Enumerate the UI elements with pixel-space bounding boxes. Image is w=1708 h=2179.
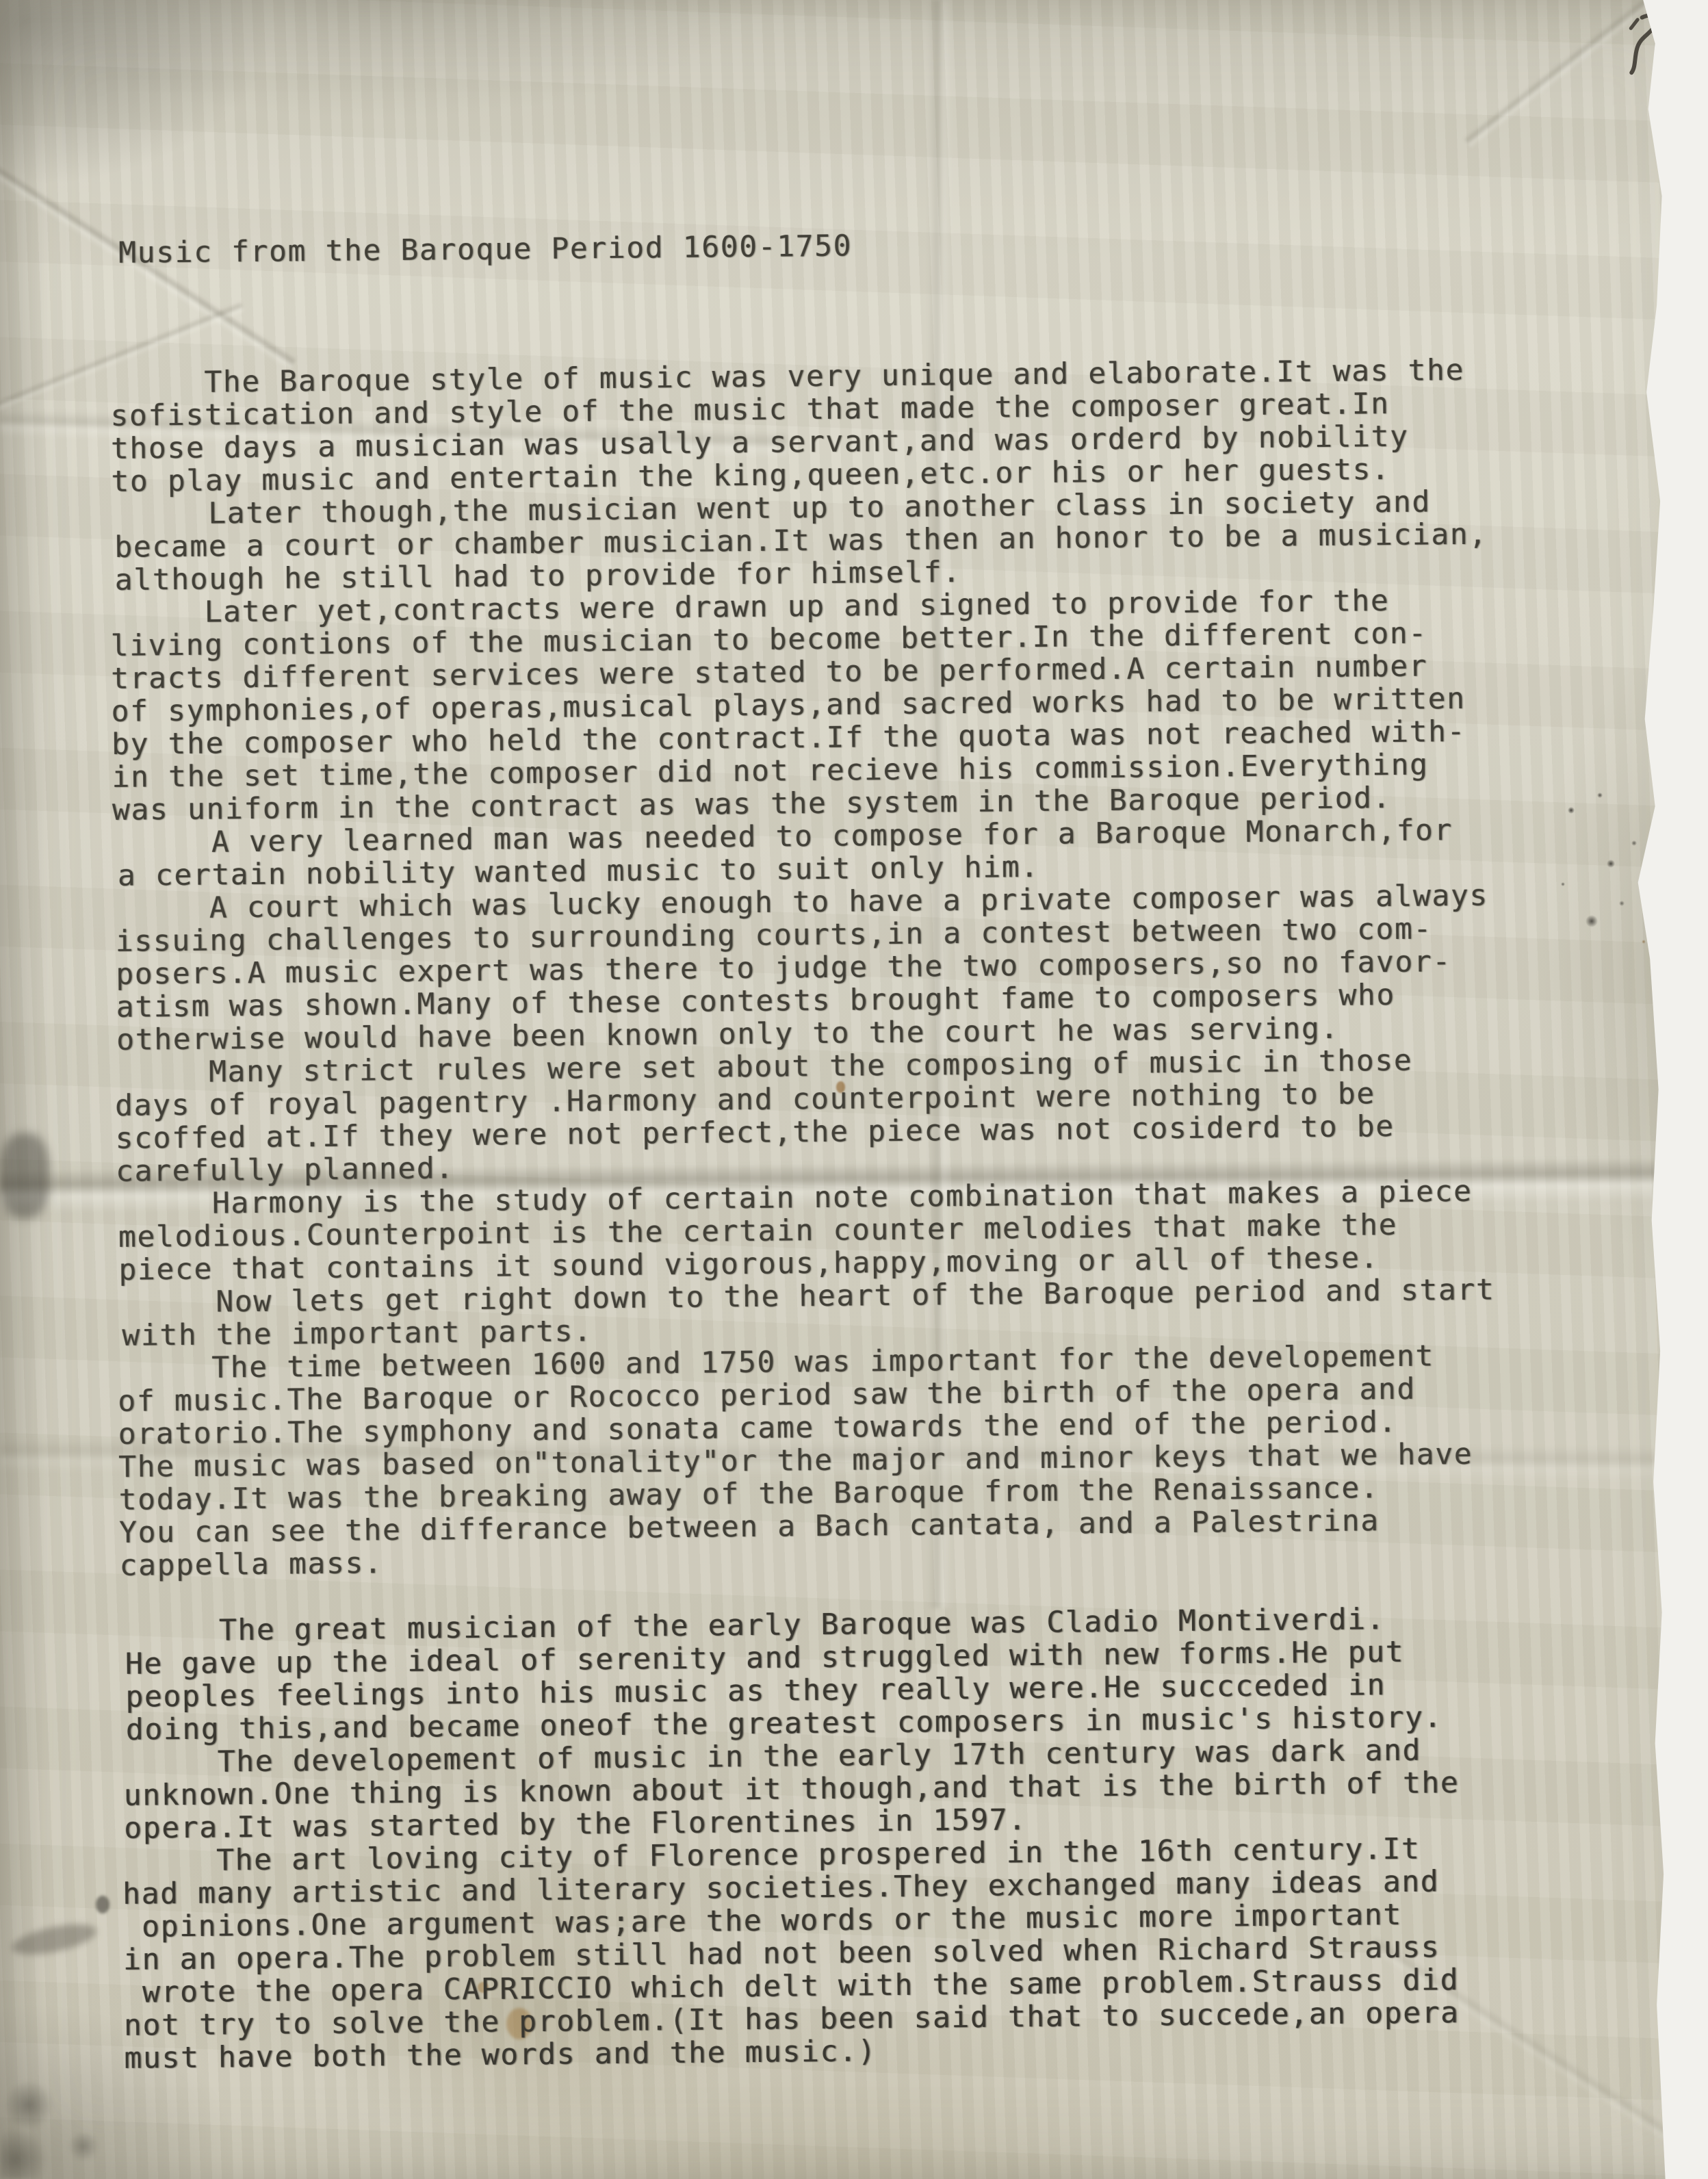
paragraph: A court which was lucky enough to have a… <box>115 878 1635 1057</box>
paragraph: The time between 1600 and 1750 was impor… <box>118 1338 1639 1582</box>
paragraph: Later though,the musician went up to ano… <box>114 484 1634 597</box>
paragraph: Later yet,contracts were drawn up and si… <box>110 582 1631 827</box>
paper-stain <box>0 1133 49 1218</box>
typewritten-text: Music from the Baroque Period 1600-1750 … <box>108 157 1646 2141</box>
paragraph: The art loving city of Florence prospere… <box>122 1831 1643 2075</box>
paragraph: Many strict rules were set about the com… <box>114 1042 1635 1188</box>
paragraph: The Baroque style of music was very uniq… <box>110 352 1631 498</box>
paragraph: The great musician of the early Baroque … <box>125 1601 1645 1746</box>
paragraph: Harmony is the study of certain note com… <box>118 1174 1638 1287</box>
document-title: Music from the Baroque Period 1600-1750 <box>118 222 1628 270</box>
handwritten-mark <box>1613 6 1672 83</box>
paragraphs-container: The Baroque style of music was very uniq… <box>110 352 1646 2075</box>
paper-stain <box>10 1918 99 1960</box>
scanned-page: Music from the Baroque Period 1600-1750 … <box>0 0 1708 2179</box>
paper-sheet: Music from the Baroque Period 1600-1750 … <box>0 0 1708 2179</box>
paper-stain <box>96 1896 109 1913</box>
paper-crease <box>1463 0 1698 149</box>
paragraph: The developement of music in the early 1… <box>123 1732 1643 1845</box>
